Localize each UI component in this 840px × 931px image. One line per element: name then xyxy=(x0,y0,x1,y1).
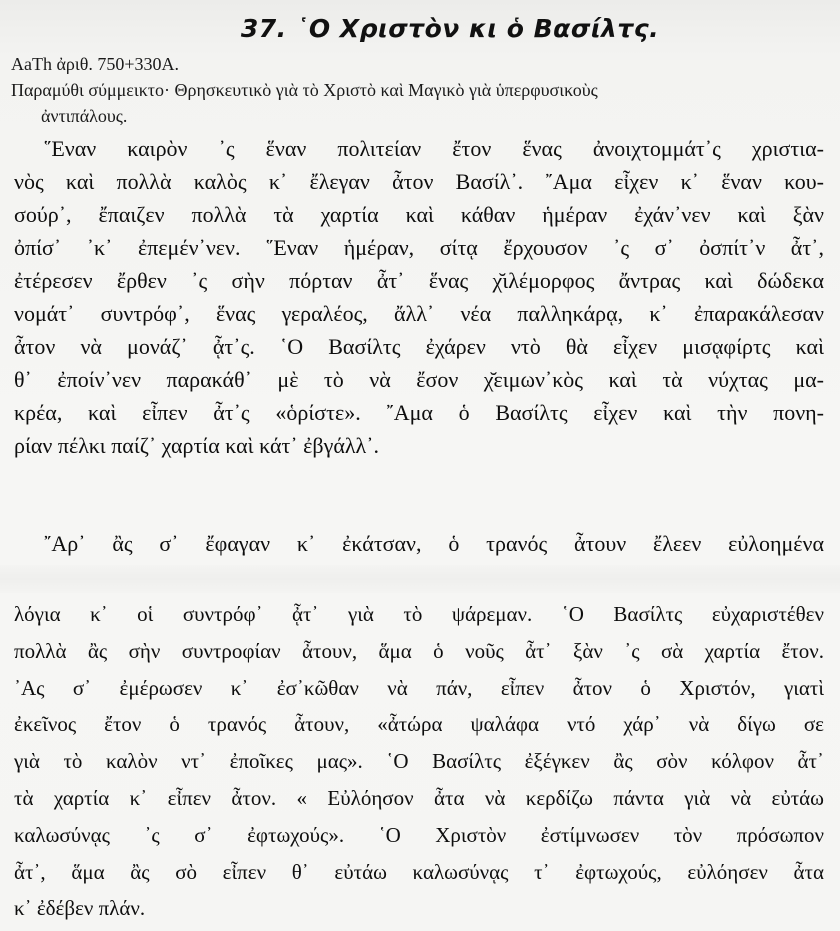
text-line: ἆτ᾿, ἅμα ἂς σὸ εἶπεν θ᾿ εὐτάω καλωσύνᾳς … xyxy=(14,854,824,891)
tale-title: 37. ῾Ο Χριστὸν κι ὁ Βασίλτς. xyxy=(0,14,840,43)
classification-text: Παραμύθι σύμμεικτο· Θρησκευτικὸ γιὰ τὸ Χ… xyxy=(11,80,598,100)
text-line: κ᾿ ἐδέβεν πλάν. xyxy=(14,890,824,927)
text-line: ρίαν πέλκι παίζ᾿ χαρτία καὶ κάτ᾿ ἐβγάλλ᾿… xyxy=(14,429,824,462)
text-line: καλωσύνᾳς ᾿ς σ᾿ ἐφτωχούς». ῾Ο Χριστὸν ἐσ… xyxy=(14,817,824,854)
aath-reference: AaTh ἀριθ. 750+330A. xyxy=(11,51,179,77)
text-line: κρέα, καὶ εἶπεν ἆτ᾿ς «ὁρίστε». ῎Αμα ὁ Βα… xyxy=(14,396,824,429)
scanned-page: 37. ῾Ο Χριστὸν κι ὁ Βασίλτς. AaTh ἀριθ. … xyxy=(0,0,840,931)
text-line: θ᾿ ἐποίν᾿νεν παρακάθ᾿ μὲ τὸ νὰ ἔσον χ̆ει… xyxy=(14,363,824,396)
tale-classification: Παραμύθι σύμμεικτο· Θρησκευτικὸ γιὰ τὸ Χ… xyxy=(11,77,828,129)
text-line: πολλὰ ἂς σὴν συντροφίαν ἆτουν, ἅμα ὁ νοῦ… xyxy=(14,633,824,670)
text-line: νὸς καὶ πολλὰ καλὸς κ᾿ ἔλεγαν ἆτον Βασίλ… xyxy=(14,165,824,198)
text-line: ἐκεῖνος ἔτον ὁ τρανός ἆτουν, «ἆτώρα ψαλά… xyxy=(14,706,824,743)
text-line: ῎Αρ᾿ ἂς σ᾿ ἔφαγαν κ᾿ ἐκάτσαν, ὁ τρανός ἆ… xyxy=(14,527,824,560)
text-line: τὰ χαρτία κ᾿ εἶπεν ἆτον. « Εὐλόησον ἆτα … xyxy=(14,780,824,817)
classification-continuation: ἀντιπάλους. xyxy=(11,103,828,129)
text-line: ὀπίσ᾿ ᾿κ᾿ ἐπεμέν᾿νεν. ῞Εναν ἡμέραν, σίτᾳ… xyxy=(14,231,824,264)
text-line: γιὰ τὸ καλὸν ντ᾿ ἐποῖκες μας». ῾Ο Βασίλτ… xyxy=(14,743,824,780)
text-line: ᾿Ας σ᾿ ἐμέρωσεν κ᾿ ἐσ᾿κῶθαν νὰ πάν, εἶπε… xyxy=(14,670,824,707)
page-gap xyxy=(0,565,840,593)
text-line: νομάτ᾿ συντρόφ᾿, ἕνας γεραλέος, ἄλλ᾿ νέα… xyxy=(14,297,824,330)
paragraph-2: ῎Αρ᾿ ἂς σ᾿ ἔφαγαν κ᾿ ἐκάτσαν, ὁ τρανός ἆ… xyxy=(14,527,824,560)
text-line: ἆτον νὰ μονάζ᾿ ᾆτ᾿ς. ῾Ο Βασίλτς ἐχάρεν ν… xyxy=(14,330,824,363)
text-line: ἐτέρεσεν ἔρθεν ᾿ς σὴν πόρταν ἆτ᾿ ἕνας χ̆… xyxy=(14,264,824,297)
paragraph-1: ῞Εναν καιρὸν ᾿ς ἕναν πολιτείαν ἔτον ἕνας… xyxy=(14,132,824,462)
text-line: λόγια κ᾿ οἱ συντρόφ᾿ ᾆτ᾿ γιὰ τὸ ψάρεμαν.… xyxy=(14,596,824,633)
text-line: σούρ᾿, ἔπαιζεν πολλὰ τὰ χαρτία καὶ κάθαν… xyxy=(14,198,824,231)
paragraph-3: λόγια κ᾿ οἱ συντρόφ᾿ ᾆτ᾿ γιὰ τὸ ψάρεμαν.… xyxy=(14,596,824,927)
text-line: ῞Εναν καιρὸν ᾿ς ἕναν πολιτείαν ἔτον ἕνας… xyxy=(14,132,824,165)
